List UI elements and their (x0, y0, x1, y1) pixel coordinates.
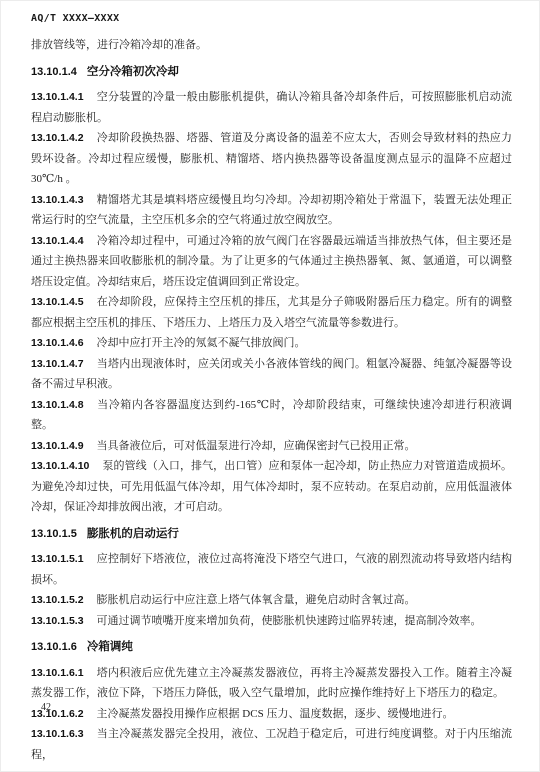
section-heading-text: 膨胀机的启动运行 (87, 528, 179, 540)
clause-number: 13.10.1.4.9 (31, 440, 84, 452)
section-heading-text: 空分冷箱初次冷却 (87, 66, 179, 78)
clause-paragraph: 13.10.1.4.4冷箱冷却过程中，可通过冷箱的放气阀门在容器最远端适当排放热… (31, 231, 512, 293)
clause-number: 13.10.1.4.6 (31, 337, 84, 349)
section-heading: 13.10.1.4空分冷箱初次冷却 (31, 62, 512, 83)
section-heading: 13.10.1.6冷箱调纯 (31, 637, 512, 658)
clause-text: 应控制好下塔液位，液位过高将淹没下塔空气进口，气液的剧烈流动将导致塔内结构损坏。 (31, 553, 512, 586)
clause-paragraph: 13.10.1.6.2主冷凝蒸发器投用操作应根据 DCS 压力、温度数据，逐步、… (31, 704, 512, 725)
clause-text: 主冷凝蒸发器投用操作应根据 DCS 压力、温度数据，逐步、缓慢地进行。 (97, 708, 454, 720)
clause-text: 在冷却阶段，应保持主空压机的排压，尤其是分子筛吸附器后压力稳定。所有的调整都应根… (31, 296, 512, 329)
clause-text: 冷却阶段换热器、塔器、管道及分离设备的温差不应太大，否则会导致材料的热应力毁坏设… (31, 132, 512, 185)
clause-number: 13.10.1.6.1 (31, 667, 84, 679)
clause-number: 13.10.1.5 (31, 528, 77, 540)
clause-number: 13.10.1.4.8 (31, 399, 84, 411)
clause-paragraph: 排放管线等，进行冷箱冷却的准备。 (31, 35, 512, 56)
page-number: 42 (41, 702, 51, 713)
clause-text: 空分装置的冷量一般由膨胀机提供，确认冷箱具备冷却条件后，可按照膨胀机启动流程启动… (31, 91, 512, 124)
clause-number: 13.10.1.4.10 (31, 460, 89, 472)
clause-paragraph: 13.10.1.5.2膨胀机启动运行中应注意上塔气体氧含量，避免启动时含氧过高。 (31, 590, 512, 611)
clause-text: 可通过调节喷嘴开度来增加负荷，使膨胀机快速跨过临界转速，提高制冷效率。 (97, 615, 482, 627)
document-body: 排放管线等，进行冷箱冷却的准备。13.10.1.4空分冷箱初次冷却13.10.1… (31, 35, 512, 765)
clause-text: 当塔内出现液体时，应关闭或关小各液体管线的阀门。粗氩冷凝器、纯氩冷凝器等设备不需… (31, 358, 512, 391)
clause-number: 13.10.1.4.7 (31, 358, 84, 370)
clause-text: 当具备液位后，可对低温泵进行冷却，应确保密封气已投用正常。 (97, 440, 416, 452)
clause-number: 13.10.1.6 (31, 641, 77, 653)
clause-paragraph: 13.10.1.5.1应控制好下塔液位，液位过高将淹没下塔空气进口，气液的剧烈流… (31, 549, 512, 590)
clause-number: 13.10.1.4.1 (31, 91, 84, 103)
clause-number: 13.10.1.5.3 (31, 615, 84, 627)
clause-text: 精馏塔尤其是填料塔应缓慢且均匀冷却。冷却初期冷箱处于常温下，装置无法处理正常运行… (31, 194, 512, 227)
clause-paragraph: 13.10.1.4.5在冷却阶段，应保持主空压机的排压，尤其是分子筛吸附器后压力… (31, 292, 512, 333)
clause-number: 13.10.1.5.1 (31, 553, 84, 565)
clause-text: 冷箱冷却过程中，可通过冷箱的放气阀门在容器最远端适当排放热气体，但主要还是通过主… (31, 235, 512, 288)
clause-paragraph: 13.10.1.4.8当冷箱内各容器温度达到约-165℃时，冷却阶段结束，可继续… (31, 395, 512, 436)
clause-number: 13.10.1.6.2 (31, 708, 84, 720)
clause-paragraph: 13.10.1.4.7当塔内出现液体时，应关闭或关小各液体管线的阀门。粗氩冷凝器… (31, 354, 512, 395)
clause-paragraph: 13.10.1.4.3精馏塔尤其是填料塔应缓慢且均匀冷却。冷却初期冷箱处于常温下… (31, 190, 512, 231)
clause-text: 当冷箱内各容器温度达到约-165℃时，冷却阶段结束，可继续快速冷却进行积液调整。 (31, 399, 512, 432)
clause-number: 13.10.1.4.2 (31, 132, 84, 144)
clause-text: 排放管线等，进行冷箱冷却的准备。 (31, 39, 207, 51)
document-page: AQ/T XXXX—XXXX 排放管线等，进行冷箱冷却的准备。13.10.1.4… (0, 0, 540, 772)
clause-text: 当主冷凝蒸发器完全投用，液位、工况趋于稳定后，可进行纯度调整。对于内压缩流程， (31, 728, 512, 761)
clause-text: 泵的管线（入口，排气，出口管）应和泵体一起冷却，防止热应力对管道造成损坏。为避免… (31, 460, 512, 513)
clause-paragraph: 13.10.1.5.3可通过调节喷嘴开度来增加负荷，使膨胀机快速跨过临界转速，提… (31, 611, 512, 632)
section-heading: 13.10.1.5膨胀机的启动运行 (31, 524, 512, 545)
clause-text: 冷却中应打开主冷的氖氦不凝气排放阀门。 (97, 337, 306, 349)
clause-text: 膨胀机启动运行中应注意上塔气体氧含量，避免启动时含氧过高。 (97, 594, 416, 606)
clause-number: 13.10.1.5.2 (31, 594, 84, 606)
clause-number: 13.10.1.4.3 (31, 194, 84, 206)
clause-number: 13.10.1.4.5 (31, 296, 84, 308)
clause-paragraph: 13.10.1.4.9当具备液位后，可对低温泵进行冷却，应确保密封气已投用正常。 (31, 436, 512, 457)
clause-text: 塔内积液后应优先建立主冷凝蒸发器液位，再将主冷凝蒸发器投入工作。随着主冷凝蒸发器… (31, 667, 512, 700)
clause-number: 13.10.1.4.4 (31, 235, 84, 247)
clause-number: 13.10.1.6.3 (31, 728, 84, 740)
clause-paragraph: 13.10.1.4.2冷却阶段换热器、塔器、管道及分离设备的温差不应太大，否则会… (31, 128, 512, 190)
clause-paragraph: 13.10.1.4.10泵的管线（入口，排气，出口管）应和泵体一起冷却，防止热应… (31, 456, 512, 518)
clause-number: 13.10.1.4 (31, 66, 77, 78)
clause-paragraph: 13.10.1.6.3当主冷凝蒸发器完全投用，液位、工况趋于稳定后，可进行纯度调… (31, 724, 512, 765)
section-heading-text: 冷箱调纯 (87, 641, 133, 653)
clause-paragraph: 13.10.1.4.6冷却中应打开主冷的氖氦不凝气排放阀门。 (31, 333, 512, 354)
clause-paragraph: 13.10.1.4.1空分装置的冷量一般由膨胀机提供，确认冷箱具备冷却条件后，可… (31, 87, 512, 128)
clause-paragraph: 13.10.1.6.1塔内积液后应优先建立主冷凝蒸发器液位，再将主冷凝蒸发器投入… (31, 663, 512, 704)
document-header-code: AQ/T XXXX—XXXX (31, 13, 120, 24)
